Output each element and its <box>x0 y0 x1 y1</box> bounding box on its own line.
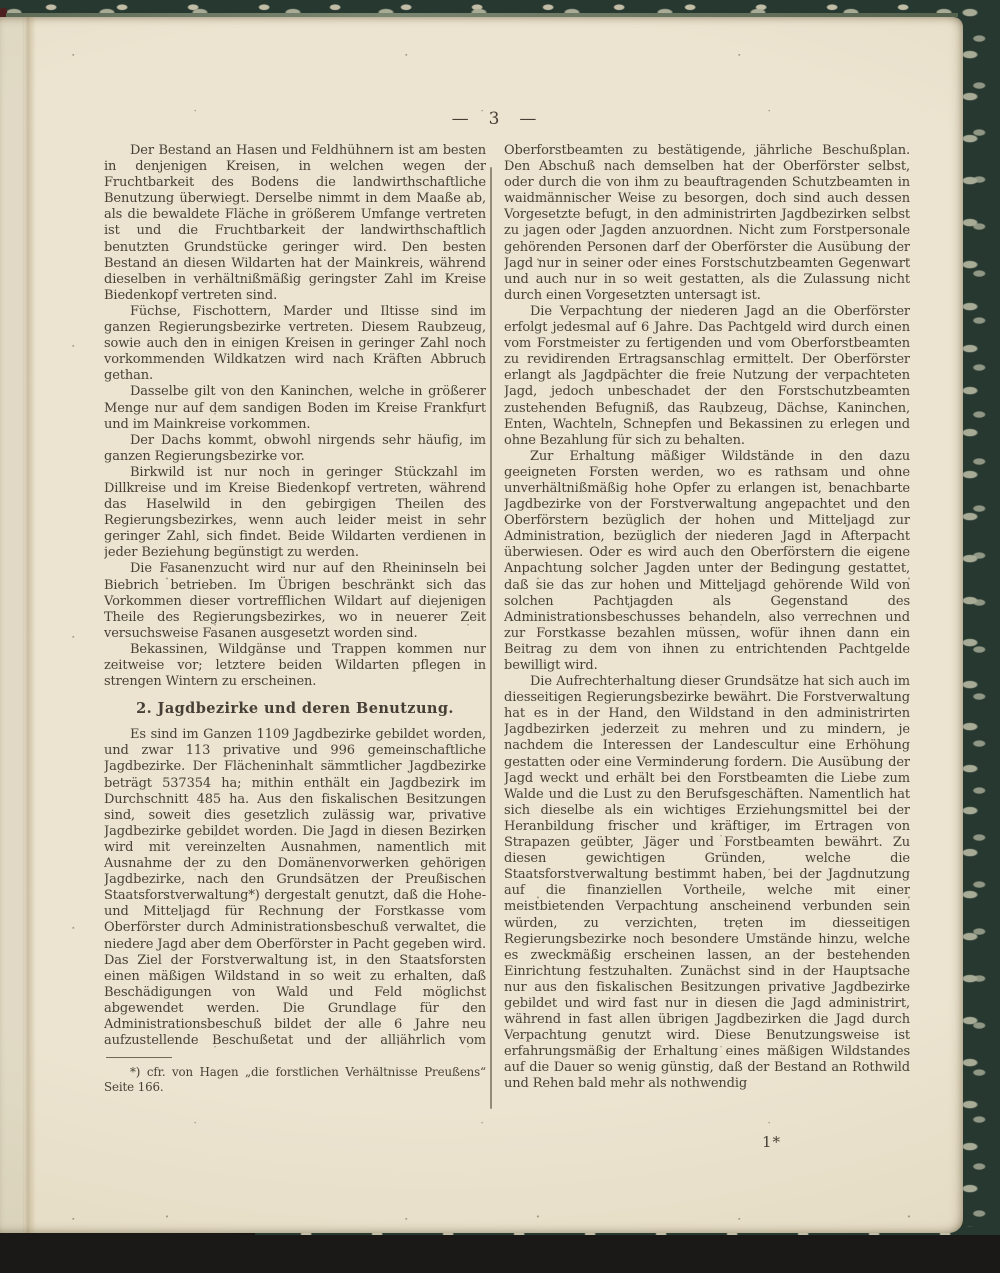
gutter-crease <box>22 17 36 1233</box>
paragraph: Birkwild ist nur noch in geringer Stückz… <box>104 465 486 562</box>
paragraph: Die Fasanenzucht wird nur auf den Rheini… <box>104 561 486 641</box>
section-heading: 2. Jagdbezirke und deren Benutzung. <box>104 701 486 717</box>
cover-board-bottom <box>0 1235 1000 1273</box>
signature-mark: 1* <box>762 1133 781 1151</box>
paragraph: Zur Erhaltung mäßiger Wildstände in den … <box>504 449 910 674</box>
paragraph: Oberforstbeamten zu bestätigende, jährli… <box>504 143 910 304</box>
paragraph: Dasselbe gilt von den Kaninchen, welche … <box>104 384 486 432</box>
binding-shadow <box>0 17 24 1233</box>
book-scan: — 3 — Der Bestand an Hasen und Feldhühne… <box>0 0 1000 1273</box>
text-column-right: Oberforstbeamten zu bestätigende, jährli… <box>504 143 910 1129</box>
paragraph: Füchse, Fischottern, Marder und Iltisse … <box>104 304 486 384</box>
text-column-left: Der Bestand an Hasen und Feldhühnern ist… <box>104 143 486 1045</box>
page-number-value: 3 <box>489 109 502 129</box>
footnote: *) cfr. von Hagen „die forstlichen Verhä… <box>104 1057 486 1095</box>
page-surface: — 3 — Der Bestand an Hasen und Feldhühne… <box>0 17 963 1233</box>
paragraph: Es sind im Ganzen 1109 Jagdbezirke gebil… <box>104 727 486 1045</box>
page-number-dash-right: — <box>519 109 538 129</box>
page-number-dash-left: — <box>452 109 471 129</box>
paragraph: Die Verpachtung der niederen Jagd an die… <box>504 304 910 449</box>
paragraph: Bekassinen, Wildgänse und Trappen kommen… <box>104 642 486 690</box>
footnote-text: *) cfr. von Hagen „die forstlichen Verhä… <box>104 1065 486 1095</box>
paragraph: Der Dachs kommt, obwohl nirgends sehr hä… <box>104 433 486 465</box>
paragraph: Der Bestand an Hasen und Feldhühnern ist… <box>104 143 486 304</box>
page-number: — 3 — <box>395 109 595 129</box>
column-divider-rule <box>490 167 492 1109</box>
paragraph: Die Aufrechterhaltung dieser Grundsätze … <box>504 674 910 1092</box>
footnote-rule <box>106 1057 172 1058</box>
